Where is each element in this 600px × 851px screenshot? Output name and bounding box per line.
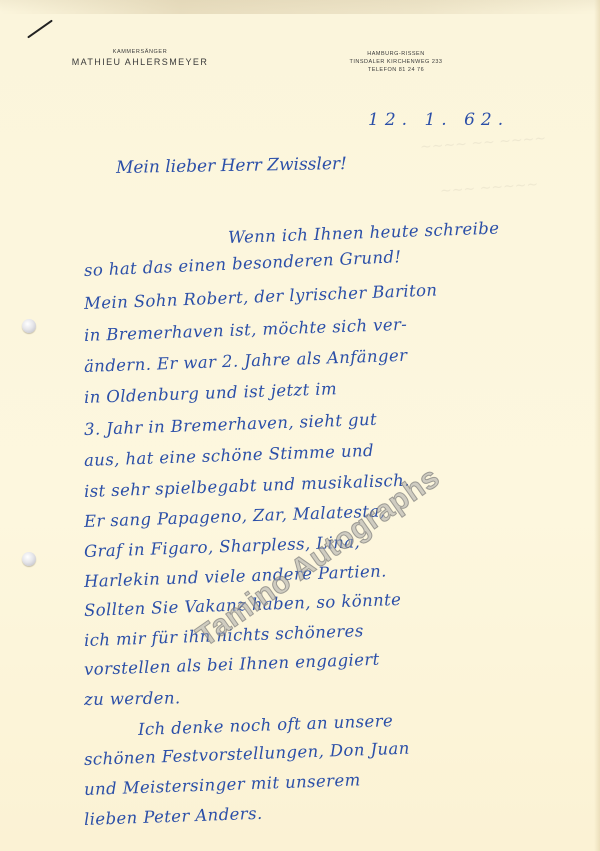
letterhead-title: KAMMERSÄNGER [60, 48, 220, 56]
address-city: HAMBURG-RISSEN [336, 50, 456, 58]
letter-line: ist sehr spielbegabt und musikalisch. [84, 471, 410, 501]
letter-line: aus, hat eine schöne Stimme und [84, 441, 375, 470]
letter-line: Wenn ich Ihnen heute schreibe [228, 219, 500, 247]
letterhead-name: MATHIEU AHLERSMEYER [60, 56, 220, 68]
letter-salutation: Mein lieber Herr Zwissler! [116, 154, 347, 178]
letterhead-address: HAMBURG-RISSEN TINSDALER KIRCHENWEG 233 … [336, 50, 456, 74]
letter-line: ändern. Er war 2. Jahre als Anfänger [84, 346, 408, 376]
letter-line: Harlekin und viele andere Partien. [84, 561, 387, 591]
show-through-text: ~~~ ~~~~~ [440, 177, 539, 200]
letter-line: Ich denke noch oft an unsere [138, 711, 394, 739]
letter-line: in Oldenburg und ist jetzt im [84, 379, 338, 407]
letter-line: 3. Jahr in Bremerhaven, sieht gut [84, 410, 378, 439]
address-phone: TELEFON 81 24 76 [336, 66, 456, 74]
letter-line: so hat das einen besonderen Grund! [84, 247, 402, 280]
letterhead-sender: KAMMERSÄNGER MATHIEU AHLERSMEYER [60, 48, 220, 68]
address-street: TINSDALER KIRCHENWEG 233 [336, 58, 456, 66]
letter-page: KAMMERSÄNGER MATHIEU AHLERSMEYER HAMBURG… [0, 0, 600, 851]
letter-line: schönen Festvorstellungen, Don Juan [84, 739, 410, 769]
letter-line: Mein Sohn Robert, der lyrischer Bariton [84, 280, 438, 313]
letter-line: und Meistersinger mit unserem [84, 770, 361, 799]
punch-hole-bottom [22, 552, 36, 566]
punch-hole-top [22, 319, 36, 333]
pen-mark [27, 20, 53, 39]
letter-line: lieben Peter Anders. [84, 804, 263, 829]
letter-line: in Bremerhaven ist, möchte sich ver- [84, 315, 408, 345]
letter-line: vorstellen als bei Ihnen engagiert [84, 650, 380, 679]
letter-line: zu werden. [84, 688, 181, 709]
letter-date: 12. 1. 62. [368, 110, 509, 130]
show-through-text: ~~~~ ~~ ~~~~ [420, 131, 547, 156]
